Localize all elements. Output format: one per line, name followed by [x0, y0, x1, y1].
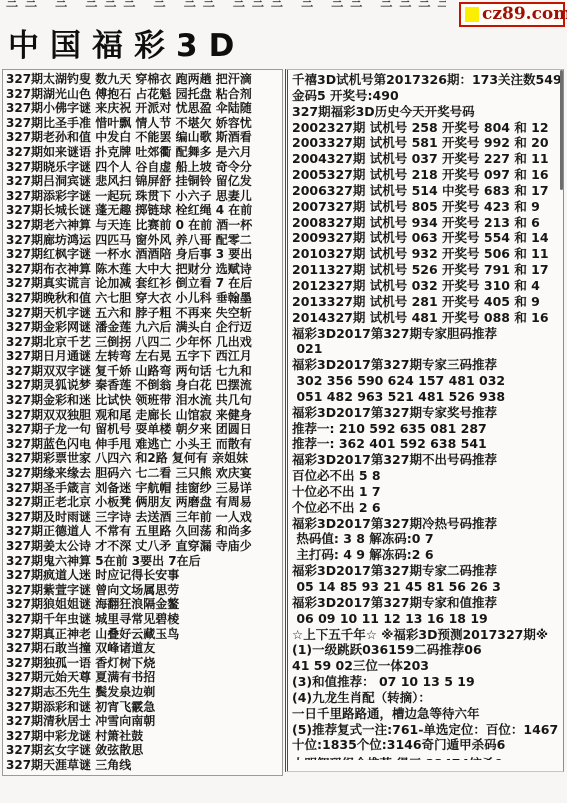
- riddle-row: 327期元始天尊 夏满有书招: [6, 670, 282, 685]
- history-row: 327期福彩3D历史今天开奖号码: [292, 104, 563, 120]
- history-row: 福彩3D2017第327期专家和值推荐: [292, 595, 563, 611]
- riddle-row: 327期及时雨谜 三字诗 去送酒 三年前 一人戏: [6, 510, 282, 525]
- history-row: 2007327期 试机号 805 开奖号 423 和 9: [292, 199, 563, 215]
- history-row: 主打码: 4 9 解冻码:2 6: [292, 547, 563, 563]
- history-row: 2011327期 试机号 526 开奖号 791 和 17: [292, 262, 563, 278]
- history-row: 2014327期 试机号 481 开奖号 088 和 16: [292, 310, 563, 326]
- riddle-row: 327期中彩龙谜 村箫社鼓: [6, 729, 282, 744]
- history-row: 热码值: 3 8 解冻码:0 7: [292, 531, 563, 547]
- riddle-row: 327期湖光山色 傅抱石 占花魁 园托盘 粘合剂: [6, 87, 282, 102]
- riddle-row: 327期正德道人 不常有 五里路 久回荡 和尚多: [6, 524, 282, 539]
- riddle-row: 327期添彩字谜 一起玩 珠贯下 小六子 思妻儿: [6, 189, 282, 204]
- riddle-row: 327期天涯草谜 三角线: [6, 758, 282, 773]
- riddle-row: 327期小佛字谜 来庆祝 开派对 忧思盈 伞陆随: [6, 101, 282, 116]
- riddle-row: 327期金彩和迷 比试快 领班带 泪水流 共几句: [6, 393, 282, 408]
- riddle-row: 327期独孤一语 香灯树下烧: [6, 656, 282, 671]
- riddle-row: 327期天机字谜 五六和 脖子粗 不再来 失空斩: [6, 306, 282, 321]
- logo-yellow-square-icon: [465, 7, 479, 22]
- history-row: (5)推荐复式一注:761-单选定位：百位：1467: [292, 722, 563, 738]
- riddle-row: 327期缘来缘去 胆码六 七二看 三只熊 欢庆宴: [6, 466, 282, 481]
- riddle-row: 327期真实谎言 论加减 套红衫 倒立看 7 在后: [6, 276, 282, 291]
- history-row: 千禧3D试机号第2017326期：173关注数549: [292, 72, 563, 88]
- riddle-row: 327期比圣手准 惜叶飘 情人节 不堪欠 娇容忧: [6, 116, 282, 131]
- riddle-row: 327期圣手箴言 刘备迷 宇航帽 挂窗纱 三易详: [6, 481, 282, 496]
- history-row: 福彩3D2017第327期专家二码推荐: [292, 563, 563, 579]
- logo-text: cz89.com: [482, 6, 567, 23]
- site-logo[interactable]: cz89.com: [459, 2, 565, 27]
- page-title: 中国福彩3D: [8, 20, 245, 65]
- history-row: 41 59 02三位一体203: [292, 658, 563, 674]
- history-row: ☆上下五千年☆ ※福彩3D预测2017327期※: [292, 627, 563, 643]
- riddle-row: 327期吕洞宾谜 悲风扫 锦屏舒 挂铜铃 留亿发: [6, 174, 282, 189]
- history-predictions-column: 千禧3D试机号第2017326期：173关注数549金码5 开奖号:490327…: [285, 69, 564, 772]
- history-row: 2010327期 试机号 932 开奖号 506 和 11: [292, 246, 563, 262]
- riddle-row: 327期添彩和谜 初宵飞霰急: [6, 700, 282, 715]
- riddle-row: 327期布衣神算 陈木莲 大中大 把财分 选赋诗: [6, 262, 282, 277]
- clipped-bottom-row: 大明智码组合推荐 得三 23474综杀0: [292, 753, 563, 760]
- history-row: 2004327期 试机号 037 开奖号 227 和 11: [292, 151, 563, 167]
- riddle-row: 327期千年虫谜 城里寻常见碧棱: [6, 612, 282, 627]
- riddle-row: 327期金彩网谜 潘金莲 九六后 满头白 企行迈: [6, 320, 282, 335]
- history-row: 百位必不出 5 8: [292, 468, 563, 484]
- history-rows: 千禧3D试机号第2017326期：173关注数549金码5 开奖号:490327…: [292, 72, 563, 753]
- riddle-row: 327期紫萱字谜 曾向文场属思劳: [6, 583, 282, 598]
- history-row: 个位必不出 2 6: [292, 500, 563, 516]
- riddle-row: 327期子龙一句 留机号 耍单楼 朝夕来 团圆日: [6, 422, 282, 437]
- history-row: 福彩3D2017第327期专家胆码推荐: [292, 326, 563, 342]
- history-row: 推荐一: 362 401 592 638 541: [292, 436, 563, 452]
- history-row: (3)和值推荐： 07 10 13 5 19: [292, 674, 563, 690]
- riddle-row: 327期红枫字谜 一杯水 酒酒陪 身后事 3 要出: [6, 247, 282, 262]
- riddle-row: 327期真正神老 山叠好云藏玉鸟: [6, 627, 282, 642]
- history-row: 福彩3D2017第327期不出号码推荐: [292, 452, 563, 468]
- history-row: 05 14 85 93 21 45 81 56 26 3: [292, 579, 563, 595]
- riddle-row: 327期廊坊鸿运 四匹马 窗外风 养八哥 配零二: [6, 233, 282, 248]
- riddle-row: 327期清秋居士 冲雪向南朝: [6, 714, 282, 729]
- history-row: 2009327期 试机号 063 开奖号 554 和 14: [292, 230, 563, 246]
- history-row: (1)一级跳跃036159二码推荐06: [292, 642, 563, 658]
- riddle-row: 327期石敢当撞 双峰诸道友: [6, 641, 282, 656]
- history-row: 302 356 590 624 157 481 032: [292, 373, 563, 389]
- riddle-row: 327期长城长谜 蓬无趣 掷链球 栓红绳 4 在前: [6, 203, 282, 218]
- riddle-row: 327期姜太公诗 才不深 丈八矛 直穿漏 寺庙少: [6, 539, 282, 554]
- riddle-row: 327期彩票世家 八四六 和2路 复何有 亲姐妹: [6, 451, 282, 466]
- history-row: 2008327期 试机号 934 开奖号 213 和 6: [292, 215, 563, 231]
- history-row: 2005327期 试机号 218 开奖号 097 和 16: [292, 167, 563, 183]
- history-row: 021: [292, 341, 563, 357]
- history-row: 金码5 开奖号:490: [292, 88, 563, 104]
- riddle-row: 327期如来谜语 扑克牌 吐郊衢 配舞多 是六月: [6, 145, 282, 160]
- riddle-row: 327期狼姐姐谜 海翻狂浪隔金鳌: [6, 597, 282, 612]
- riddle-row: 327期日月通谜 左转弯 左右晃 五字下 西江月: [6, 349, 282, 364]
- history-row: 2013327期 试机号 281 开奖号 405 和 9: [292, 294, 563, 310]
- riddle-row: 327期玄女字谜 敛弦散思: [6, 743, 282, 758]
- clipped-bottom-text: 大明智码组合推荐 得三 23474综杀0: [292, 756, 503, 760]
- history-row: 2002327期 试机号 258 开奖号 804 和 12: [292, 120, 563, 136]
- history-row: 福彩3D2017第327期专家奖号推荐: [292, 405, 563, 421]
- riddle-row: 327期蓝色闪电 伸手甩 难逃亡 小头王 而散有: [6, 437, 282, 452]
- history-row: 06 09 10 11 12 13 16 18 19: [292, 611, 563, 627]
- riddle-row: 327期老孙和值 中发白 不能罢 编山歌 斯酒看: [6, 130, 282, 145]
- scrollbar-thumb[interactable]: [560, 70, 563, 190]
- lottery-tip-sheet-page: 三三 三 三三三 三 三三 三三三 三 三三 三三三三 三三 三三 三三三 三 …: [0, 0, 567, 803]
- history-row: 十位必不出 1 7: [292, 484, 563, 500]
- history-row: 推荐一: 210 592 635 081 287: [292, 421, 563, 437]
- riddle-row: 327期晓乐字谜 四个人 谷自虚 船上坡 奇令分: [6, 160, 282, 175]
- riddle-row: 327期疯道人迷 时应记得长安事: [6, 568, 282, 583]
- clipped-text: 三三 三 三三三 三 三三 三三三 三 三三 三三三三 三三 三三 三三三 三: [6, 0, 446, 9]
- history-row: 十位:1835个位:3146奇门遁甲杀码6: [292, 737, 563, 753]
- history-row: 2003327期 试机号 581 开奖号 992 和 20: [292, 135, 563, 151]
- riddle-row: 327期双双独胆 观和尾 走廊长 山馆寂 来健身: [6, 408, 282, 423]
- history-row: 福彩3D2017第327期专家三码推荐: [292, 357, 563, 373]
- riddle-row: 327期灵狐说梦 秦香莲 不倒翁 身白花 巴摆流: [6, 378, 282, 393]
- history-row: 一日千里路路通，槽边急等待六年: [292, 706, 563, 722]
- riddle-row: 327期晚秋和值 六七胆 穿大衣 小儿科 垂翰墨: [6, 291, 282, 306]
- riddles-column: 327期太湖钓叟 数九天 穿棉衣 跑两趟 把汗滴327期湖光山色 傅抱石 占花魁…: [2, 69, 283, 776]
- riddle-row: 327期太湖钓叟 数九天 穿棉衣 跑两趟 把汗滴: [6, 72, 282, 87]
- history-row: 2006327期 试机号 514 中奖号 683 和 17: [292, 183, 563, 199]
- riddle-row: 327期正老北京 小板凳 俩朋友 两磨盘 有周易: [6, 495, 282, 510]
- riddle-row: 327期老六神算 与天连 比赛前 0 在前 酒一杯: [6, 218, 282, 233]
- history-row: (4)九龙生肖配（转摘）：: [292, 690, 563, 706]
- riddle-row: 327期鬼六神算 5在前 3要出 7在后: [6, 554, 282, 569]
- history-row: 051 482 963 521 481 526 938: [292, 389, 563, 405]
- riddle-row: 327期志丕先生 鬓发泉边剃: [6, 685, 282, 700]
- clipped-text-fragments: 三三 三 三三三 三 三三 三三三 三 三三 三三三三 三三 三三 三三三 三: [6, 0, 446, 9]
- history-row: 福彩3D2017第327期冷热号码推荐: [292, 516, 563, 532]
- riddle-row: 327期双双字谜 复千娇 山路弯 两句话 七九和: [6, 364, 282, 379]
- history-row: 2012327期 试机号 032 开奖号 310 和 4: [292, 278, 563, 294]
- riddle-row: 327期北京千艺 三倒拐 八四二 少年怀 几出戏: [6, 335, 282, 350]
